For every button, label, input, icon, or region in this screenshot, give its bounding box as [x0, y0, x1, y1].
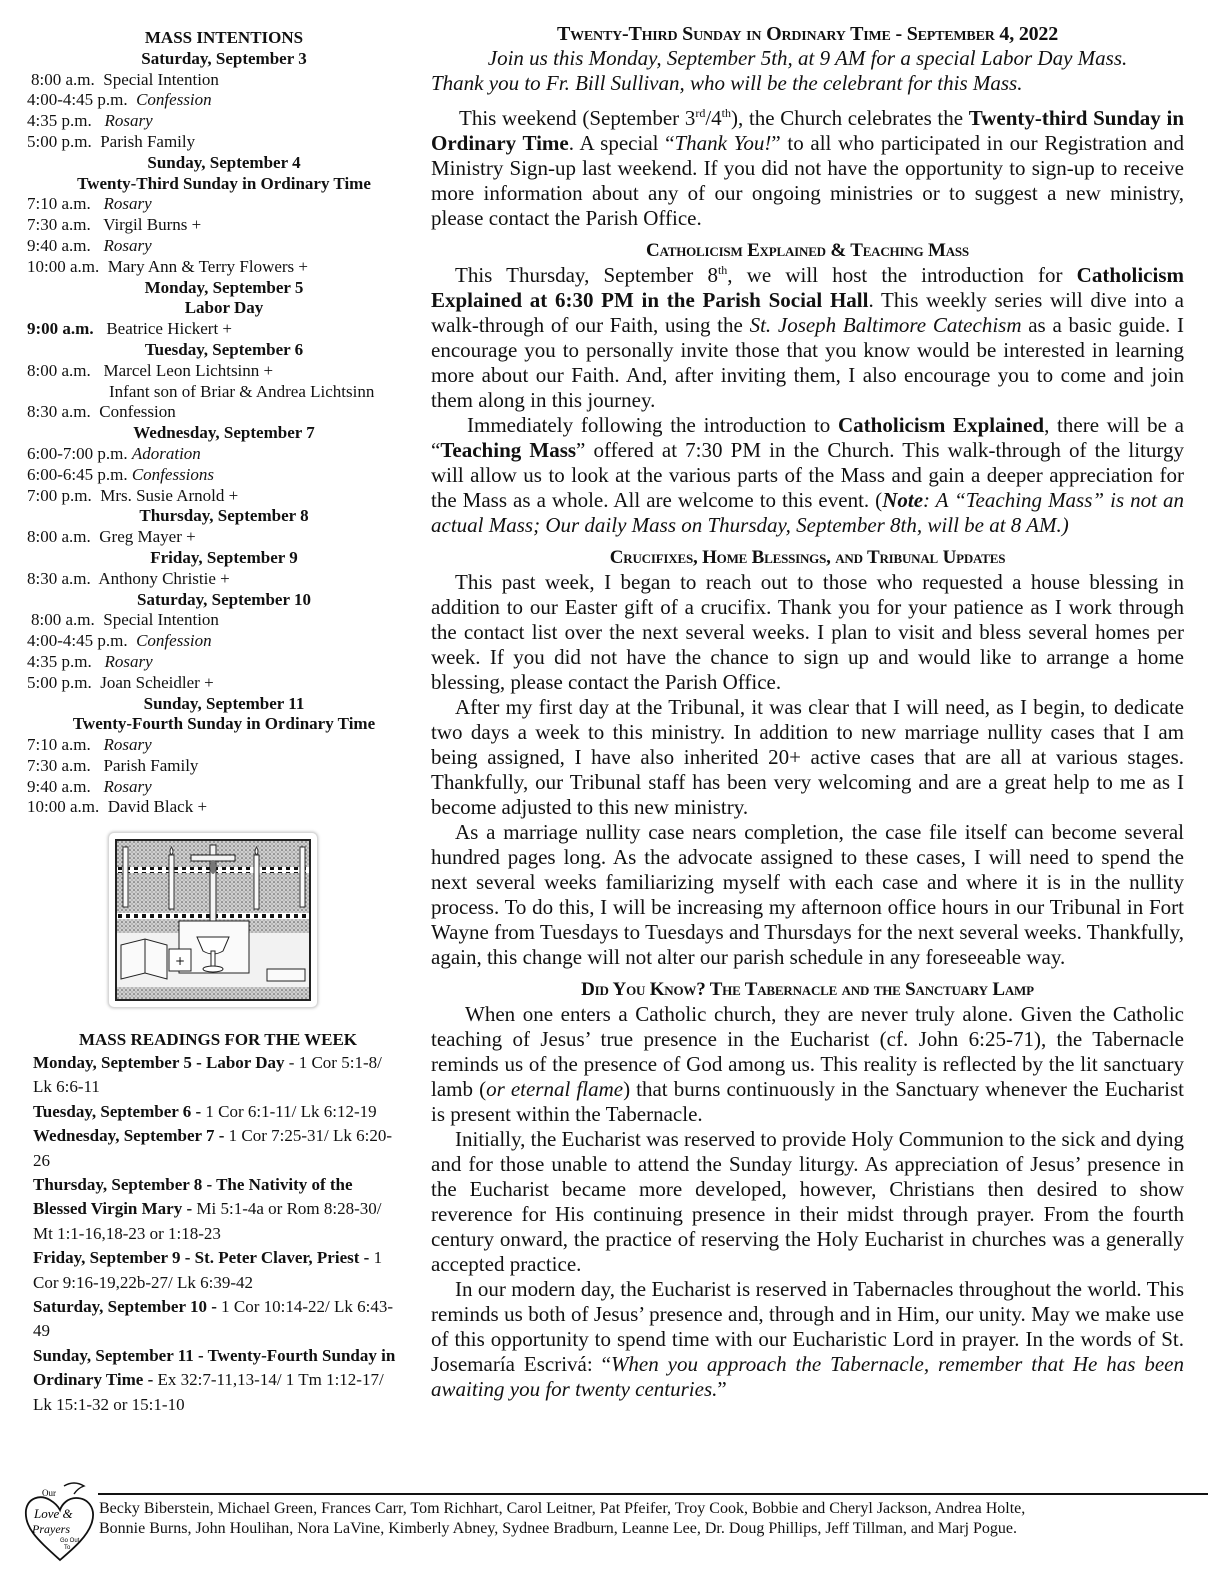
mass-readings: MASS READINGS FOR THE WEEK Monday, Septe… [33, 1030, 403, 1417]
mass-intentions-title: MASS INTENTIONS [27, 28, 421, 49]
reading-item: Saturday, September 10 - 1 Cor 10:14-22/… [33, 1295, 403, 1344]
reading-item: Sunday, September 11 - Twenty-Fourth Sun… [33, 1344, 403, 1417]
intention-row: 9:40 a.m. Rosary [27, 777, 421, 798]
day-heading: Saturday, September 10 [27, 590, 421, 611]
intention-row: 4:35 p.m. Rosary [27, 652, 421, 673]
day-heading: Saturday, September 3 [27, 49, 421, 70]
did-you-know-paragraph-2: Initially, the Eucharist was reserved to… [431, 1127, 1184, 1277]
svg-text:+: + [175, 954, 185, 968]
intention-row: 8:30 a.m. Anthony Christie + [27, 569, 421, 590]
weekend-paragraph: This weekend (September 3rd/4th), the Ch… [431, 106, 1184, 231]
catholicism-paragraph-1: This Thursday, September 8th, we will ho… [431, 263, 1184, 413]
day-heading: Wednesday, September 7 [27, 423, 421, 444]
section-heading-catholicism: Catholicism Explained & Teaching Mass [431, 239, 1184, 263]
labor-day-notice: Join us this Monday, September 5th, at 9… [431, 46, 1184, 96]
section-heading-crucifixes: Crucifixes, Home Blessings, and Tribunal… [431, 546, 1184, 570]
crucifixes-paragraph-3: As a marriage nullity case nears complet… [431, 820, 1184, 970]
reading-item: Wednesday, September 7 - 1 Cor 7:25-31/ … [33, 1124, 403, 1173]
day-heading: Monday, September 5 [27, 278, 421, 299]
day-heading: Sunday, September 4 [27, 153, 421, 174]
footer-divider [98, 1493, 1208, 1495]
intention-row: 8:00 a.m. Greg Mayer + [27, 527, 421, 548]
intention-row: 7:00 p.m. Mrs. Susie Arnold + [27, 486, 421, 507]
intention-row: 5:00 p.m. Parish Family [27, 132, 421, 153]
svg-text:Go Out: Go Out [60, 1538, 80, 1544]
crucifixes-paragraph-1: This past week, I began to reach out to … [431, 570, 1184, 695]
intention-row: 10:00 a.m. David Black + [27, 797, 421, 818]
intention-row: 7:30 a.m. Parish Family [27, 756, 421, 777]
svg-text:Prayers: Prayers [31, 1522, 70, 1536]
day-heading: Sunday, September 11 [27, 694, 421, 715]
day-subheading: Twenty-Third Sunday in Ordinary Time [27, 174, 421, 195]
day-subheading: Twenty-Fourth Sunday in Ordinary Time [27, 714, 421, 735]
altar-image: + [115, 839, 311, 1001]
intention-row: 9:40 a.m. Rosary [27, 236, 421, 257]
intention-row: 4:35 p.m. Rosary [27, 111, 421, 132]
intention-row: 7:10 a.m. Rosary [27, 735, 421, 756]
day-heading: Thursday, September 8 [27, 506, 421, 527]
intention-row: 6:00-7:00 p.m. Adoration [27, 444, 421, 465]
intention-row: 8:00 a.m. Marcel Leon Lichtsinn + [27, 361, 421, 382]
intention-row: 5:00 p.m. Joan Scheidler + [27, 673, 421, 694]
intention-row: 7:30 a.m. Virgil Burns + [27, 215, 421, 236]
mass-intentions: MASS INTENTIONS Saturday, September 3 8:… [27, 28, 421, 818]
mass-readings-title: MASS READINGS FOR THE WEEK [33, 1030, 403, 1050]
intention-row: 9:00 a.m. Beatrice Hickert + [27, 319, 421, 340]
intention-row: 8:00 a.m. Special Intention [27, 70, 421, 91]
intention-row: 4:00-4:45 p.m. Confession [27, 631, 421, 652]
intention-row: 4:00-4:45 p.m. Confession [27, 90, 421, 111]
crucifixes-paragraph-2: After my first day at the Tribunal, it w… [431, 695, 1184, 820]
altar-illustration: + [108, 832, 318, 1008]
intention-continuation: Infant son of Briar & Andrea Lichtsinn [27, 382, 421, 403]
day-heading: Tuesday, September 6 [27, 340, 421, 361]
pastor-letter: Twenty-Third Sunday in Ordinary Time - S… [431, 22, 1184, 1402]
day-heading: Friday, September 9 [27, 548, 421, 569]
catholicism-paragraph-2: Immediately following the introduction t… [431, 413, 1184, 538]
reading-item: Tuesday, September 6 - 1 Cor 6:1-11/ Lk … [33, 1100, 403, 1124]
did-you-know-paragraph-3: In our modern day, the Eucharist is rese… [431, 1277, 1184, 1402]
heart-prayers-logo-icon: Our Love & Prayers Go Out To [20, 1478, 100, 1564]
intention-row: 8:30 a.m. Confession [27, 402, 421, 423]
intention-row: 10:00 a.m. Mary Ann & Terry Flowers + [27, 257, 421, 278]
did-you-know-paragraph-1: When one enters a Catholic church, they … [431, 1002, 1184, 1127]
altar-illustration-icon: + [117, 841, 311, 1001]
prayer-list: Our Love & Prayers Go Out To Becky Biber… [20, 1478, 1200, 1568]
svg-text:To: To [64, 1545, 71, 1551]
intention-row: 8:00 a.m. Special Intention [27, 610, 421, 631]
reading-item: Thursday, September 8 - The Nativity of … [33, 1173, 403, 1246]
section-heading-did-you-know: Did You Know? The Tabernacle and the San… [431, 978, 1184, 1002]
reading-item: Monday, September 5 - Labor Day - 1 Cor … [33, 1051, 403, 1100]
day-subheading: Labor Day [27, 298, 421, 319]
page-title: Twenty-Third Sunday in Ordinary Time - S… [431, 22, 1184, 46]
intention-row: 7:10 a.m. Rosary [27, 194, 421, 215]
intention-row: 6:00-6:45 p.m. Confessions [27, 465, 421, 486]
reading-item: Friday, September 9 - St. Peter Claver, … [33, 1246, 403, 1295]
svg-text:Love &: Love & [33, 1506, 74, 1521]
prayer-names: Becky Biberstein, Michael Green, Frances… [99, 1499, 1209, 1539]
svg-text:Our: Our [42, 1488, 56, 1498]
